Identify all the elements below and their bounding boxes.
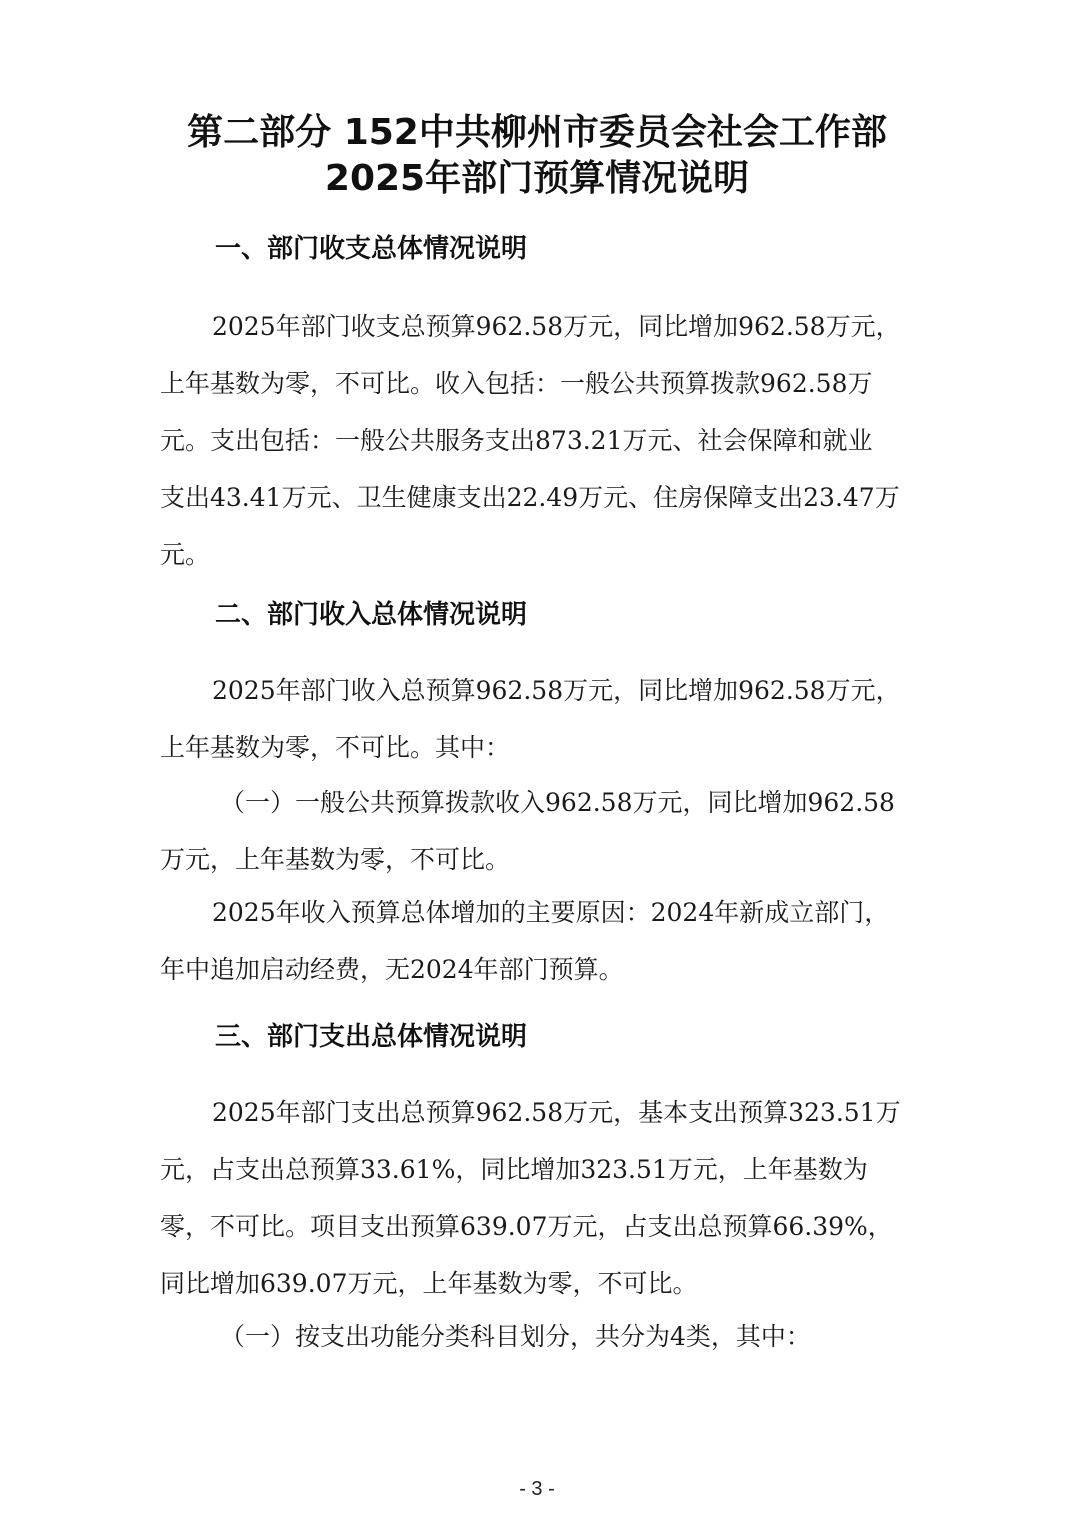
text-line: 2025年部门收入总预算962.58万元，同比增加962.58万元， [160, 662, 930, 719]
section-3-paragraph-2: （一）按支出功能分类科目划分，共分为4类，其中： [160, 1308, 930, 1365]
section-heading-1: 一、部门收支总体情况说明 [215, 232, 527, 266]
text-line: 元，占支出总预算33.61%，同比增加323.51万元，上年基数为 [160, 1141, 930, 1198]
title-line-2: 2025年部门预算情况说明 [0, 156, 1074, 202]
section-2-paragraph-2: （一）一般公共预算拨款收入962.58万元，同比增加962.58 万元，上年基数… [160, 774, 930, 888]
document-title: 第二部分 152中共柳州市委员会社会工作部 2025年部门预算情况说明 [0, 110, 1074, 202]
text-line: 零，不可比。项目支出预算639.07万元，占支出总预算66.39%， [160, 1198, 930, 1255]
text-line: 同比增加639.07万元，上年基数为零，不可比。 [160, 1255, 930, 1312]
text-line: 上年基数为零，不可比。收入包括：一般公共预算拨款962.58万 [160, 355, 930, 412]
section-2-paragraph-1: 2025年部门收入总预算962.58万元，同比增加962.58万元， 上年基数为… [160, 662, 930, 776]
text-line: 2025年部门支出总预算962.58万元，基本支出预算323.51万 [160, 1084, 930, 1141]
text-line: 万元，上年基数为零，不可比。 [160, 831, 930, 888]
section-heading-3: 三、部门支出总体情况说明 [215, 1020, 527, 1054]
text-line: 年中追加启动经费，无2024年部门预算。 [160, 941, 930, 998]
page-number: - 3 - [0, 1478, 1074, 1501]
text-line: （一）一般公共预算拨款收入962.58万元，同比增加962.58 [160, 774, 930, 831]
section-heading-2: 二、部门收入总体情况说明 [215, 598, 527, 632]
section-2-paragraph-3: 2025年收入预算总体增加的主要原因：2024年新成立部门， 年中追加启动经费，… [160, 884, 930, 998]
section-1-paragraph-1: 2025年部门收支总预算962.58万元，同比增加962.58万元， 上年基数为… [160, 298, 930, 583]
text-line: 上年基数为零，不可比。其中： [160, 719, 930, 776]
document-page: 第二部分 152中共柳州市委员会社会工作部 2025年部门预算情况说明 一、部门… [0, 0, 1074, 1520]
text-line: 2025年部门收支总预算962.58万元，同比增加962.58万元， [160, 298, 930, 355]
text-line: 元。 [160, 526, 930, 583]
text-line: 支出43.41万元、卫生健康支出22.49万元、住房保障支出23.47万 [160, 469, 930, 526]
text-line: 元。支出包括：一般公共服务支出873.21万元、社会保障和就业 [160, 412, 930, 469]
title-line-1: 第二部分 152中共柳州市委员会社会工作部 [0, 110, 1074, 156]
text-line: （一）按支出功能分类科目划分，共分为4类，其中： [160, 1308, 930, 1365]
text-line: 2025年收入预算总体增加的主要原因：2024年新成立部门， [160, 884, 930, 941]
section-3-paragraph-1: 2025年部门支出总预算962.58万元，基本支出预算323.51万 元，占支出… [160, 1084, 930, 1312]
